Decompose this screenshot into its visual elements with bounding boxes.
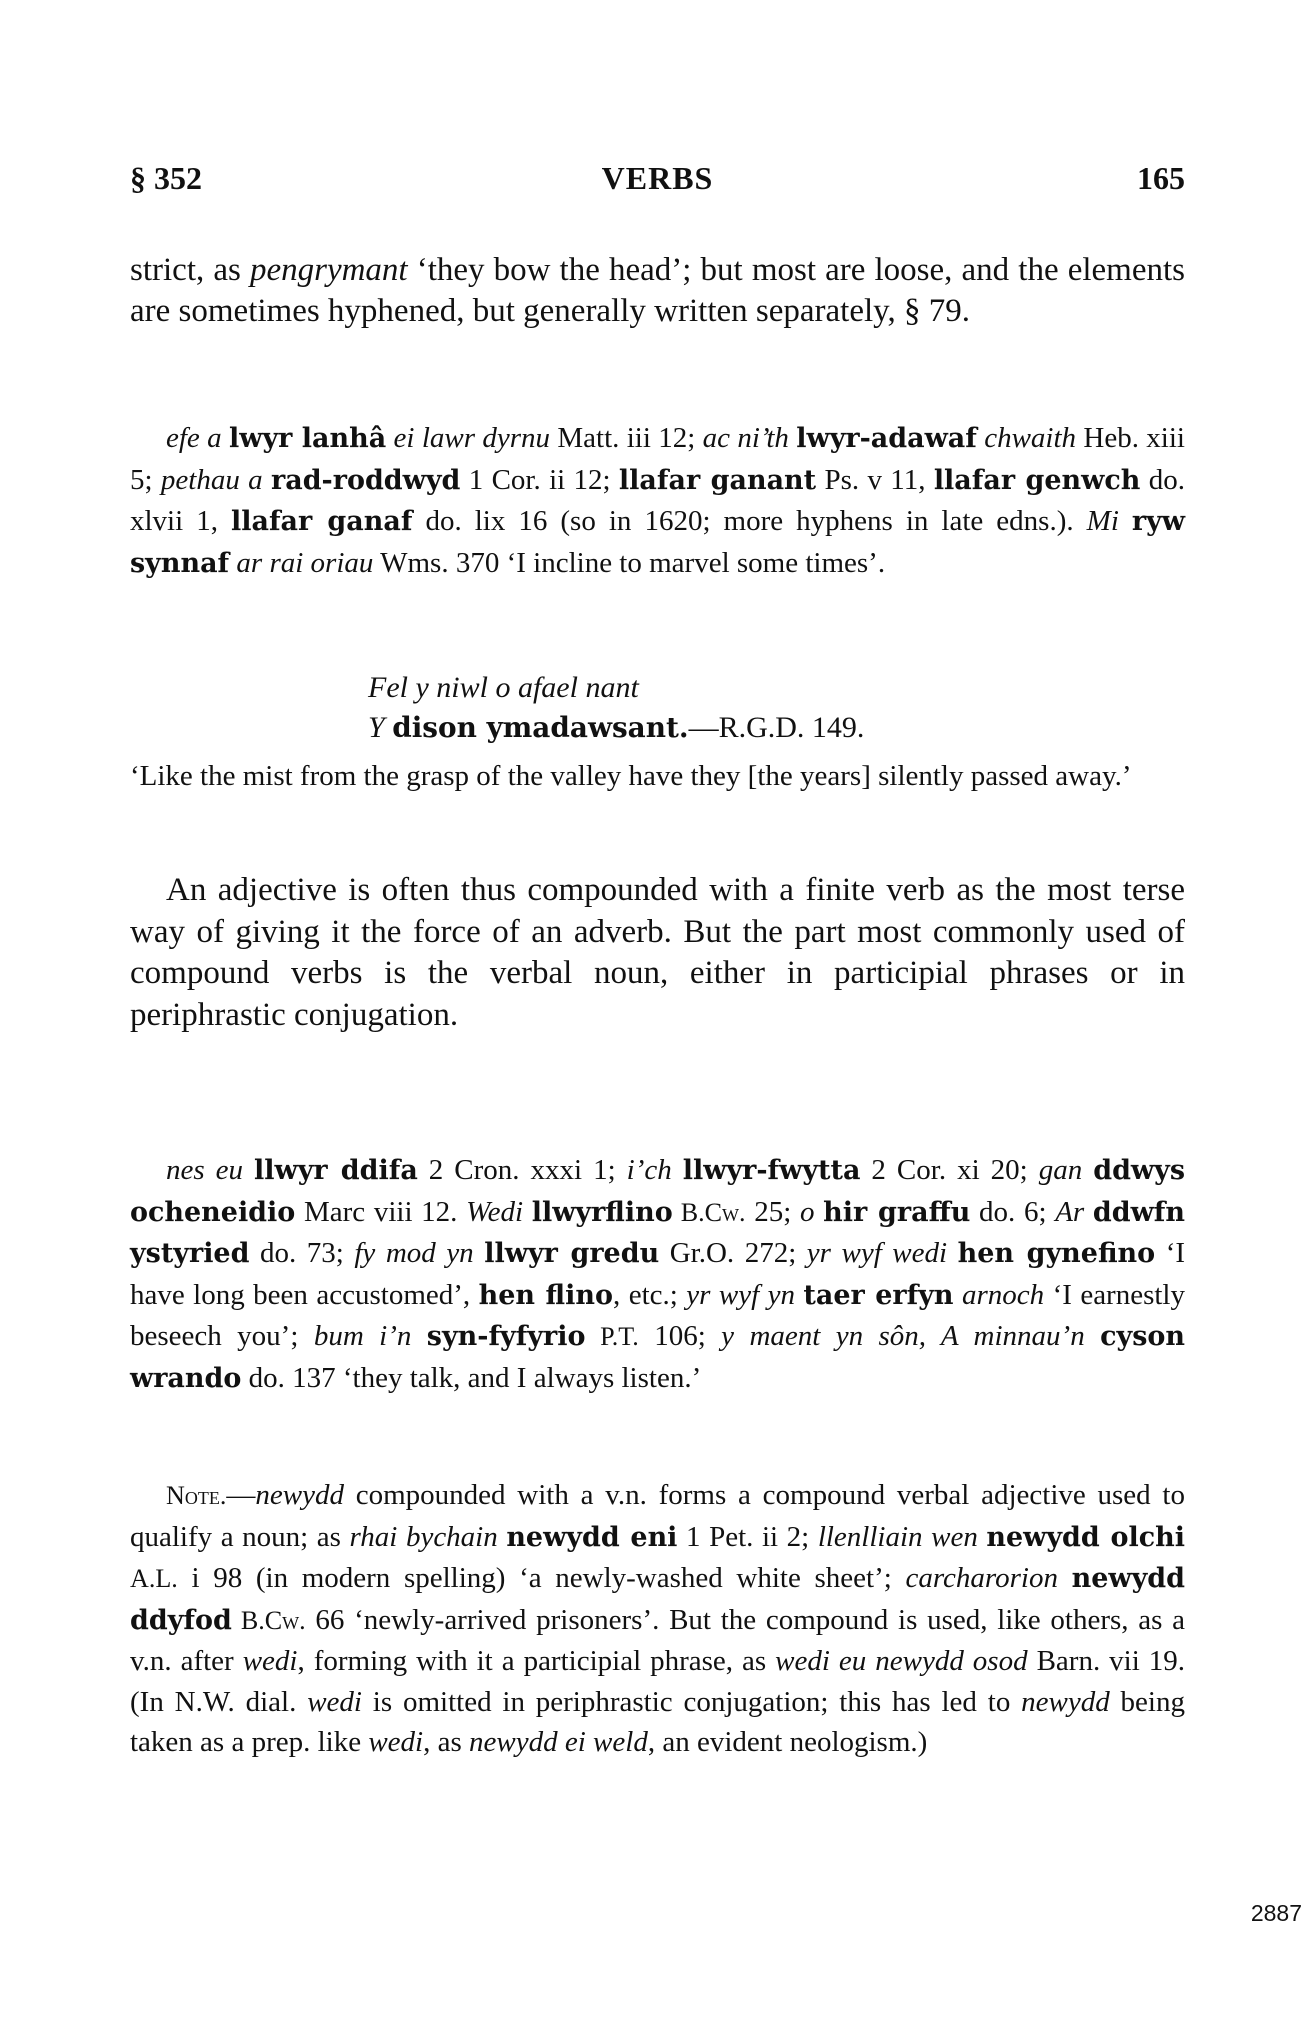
text-run: , an evident neologism.) — [648, 1726, 927, 1758]
bold-term: syn-fyfyrio — [427, 1321, 586, 1352]
bold-term: newydd eni — [506, 1522, 677, 1553]
bold-term: llwyr ddifa — [254, 1155, 418, 1186]
text-run: Marc viii 12. — [295, 1196, 466, 1228]
bold-term: llafar genwch — [934, 465, 1141, 496]
small-caps-abbrev: A.L. — [130, 1564, 178, 1593]
italic-term: ei lawr dyrnu — [386, 422, 550, 454]
italic-term: wedi — [243, 1645, 298, 1677]
italic-term: Wedi — [466, 1196, 532, 1228]
translation-text: ‘Like the mist from the grasp of the val… — [130, 756, 1185, 797]
verse-line-2: Y dison ymadawsant.—R.G.D. 149. — [130, 708, 1185, 748]
bold-term: taer erfyn — [803, 1280, 953, 1311]
text-run: i 98 (in modern spelling) ‘a newly-washe… — [178, 1562, 906, 1594]
text-run: 1 Pet. ii 2; — [677, 1521, 817, 1553]
text-run: 1 Cor. ii 12; — [460, 464, 619, 496]
bold-term: hir graffu — [823, 1197, 970, 1228]
italic-term: ac ni’th — [703, 422, 797, 454]
italic-term: fy mod yn — [354, 1237, 484, 1269]
bold-term: rad-roddwyd — [271, 465, 460, 496]
examples-block-2: nes eu llwyr ddifa 2 Cron. xxxi 1; i’ch … — [130, 1150, 1185, 1399]
italic-term: wedi — [368, 1726, 423, 1758]
text-run: , etc.; — [613, 1279, 686, 1311]
note-text: Note.—newydd compounded with a v.n. form… — [130, 1475, 1185, 1763]
text-run: strict, as — [130, 252, 250, 288]
italic-term: newydd ei weld — [469, 1726, 648, 1758]
text-run: Wms. 370 ‘I incline to marvel some times… — [373, 547, 885, 579]
bold-term: lwyr lanhâ — [229, 423, 386, 454]
italic-term: pengrymant — [250, 252, 408, 288]
text-run: do. 6; — [970, 1196, 1055, 1228]
italic-term: i’ch — [627, 1154, 683, 1186]
text-run: do. lix 16 (so in 1620; more hyphens in … — [412, 505, 1086, 537]
text-run: Ps. v 11, — [816, 464, 934, 496]
text-run: 106; — [639, 1320, 721, 1352]
italic-term: Mi — [1087, 505, 1132, 537]
paragraph-text: An adjective is often thus compounded wi… — [130, 870, 1185, 1036]
text-run: , forming with it a participial phrase, … — [297, 1645, 775, 1677]
italic-term: nes eu — [166, 1154, 254, 1186]
text-run: 2 Cor. xi 20; — [860, 1154, 1038, 1186]
italic-term: gan — [1039, 1154, 1094, 1186]
scan-number: 2887 — [1251, 1900, 1302, 1927]
text-run: Y — [368, 711, 392, 744]
verse-translation: ‘Like the mist from the grasp of the val… — [130, 756, 1185, 797]
small-caps-abbrev: B.Cw. — [232, 1606, 306, 1635]
page-title: VERBS — [130, 160, 1185, 197]
bold-term: llwyr gredu — [484, 1238, 659, 1269]
small-caps-abbrev: P.T. — [585, 1322, 638, 1351]
bold-term: llafar ganant — [619, 465, 816, 496]
bold-term: llwyrflino — [532, 1197, 673, 1228]
examples-text: nes eu llwyr ddifa 2 Cron. xxxi 1; i’ch … — [130, 1150, 1185, 1399]
text-run: 2 Cron. xxxi 1; — [418, 1154, 627, 1186]
italic-term: Ar — [1055, 1196, 1093, 1228]
paragraph-continuation: strict, as pengrymant ‘they bow the head… — [130, 250, 1185, 332]
italic-term: bum i’n — [314, 1320, 427, 1352]
italic-term: yr wyf wedi — [807, 1237, 958, 1269]
italic-term: wedi eu newydd osod — [775, 1645, 1027, 1677]
text-run: do. 73; — [249, 1237, 354, 1269]
verse-line-1: Fel y niwl o afael nant — [130, 668, 1185, 708]
examples-text: efe a lwyr lanhâ ei lawr dyrnu Matt. iii… — [130, 418, 1185, 584]
italic-term: arnoch — [954, 1279, 1045, 1311]
bold-term: newydd olchi — [986, 1522, 1185, 1553]
italic-term: pethau a — [161, 464, 271, 496]
italic-term: ar rai oriau — [229, 547, 373, 579]
italic-term: newydd — [255, 1479, 344, 1511]
bold-term: hen gynefino — [958, 1238, 1156, 1269]
italic-term: newydd — [1021, 1686, 1110, 1718]
text-run: Matt. iii 12; — [550, 422, 703, 454]
note-block: Note.—newydd compounded with a v.n. form… — [130, 1475, 1185, 1763]
text-run: 25; — [746, 1196, 800, 1228]
running-header: § 352 VERBS 165 — [130, 160, 1185, 204]
bold-term: dison ymadawsant. — [392, 711, 688, 744]
italic-term: chwaith — [977, 422, 1076, 454]
paragraph-adjective-compounds: An adjective is often thus compounded wi… — [130, 870, 1185, 1036]
italic-term: efe a — [166, 422, 229, 454]
italic-term: o — [800, 1196, 823, 1228]
small-caps-abbrev: B.Cw. — [673, 1198, 746, 1227]
bold-term: llwyr-fwytta — [683, 1155, 861, 1186]
bold-term: lwyr-adawaf — [796, 423, 977, 454]
examples-block-1: efe a lwyr lanhâ ei lawr dyrnu Matt. iii… — [130, 418, 1185, 584]
italic-term: llenlliain wen — [818, 1521, 987, 1553]
text-run: is omitted in periphrastic conjugation; … — [362, 1686, 1021, 1718]
italic-term: carcharorion — [905, 1562, 1071, 1594]
page-number: 165 — [1137, 160, 1185, 197]
bold-term: llafar ganaf — [231, 506, 412, 537]
bold-term: hen flino — [479, 1280, 613, 1311]
text-run: — — [226, 1479, 255, 1511]
text-run: do. 137 ‘they talk, and I always listen.… — [241, 1362, 701, 1394]
italic-term: rhai bychain — [350, 1521, 507, 1553]
small-caps-abbrev: Note. — [166, 1481, 226, 1510]
italic-term: yr wyf yn — [686, 1279, 803, 1311]
italic-term: wedi — [307, 1686, 362, 1718]
text-run: , as — [423, 1726, 469, 1758]
italic-term: y maent yn sôn, A minnau’n — [721, 1320, 1100, 1352]
citation: —R.G.D. 149. — [689, 711, 865, 744]
text-run: Gr.O. 272; — [659, 1237, 807, 1269]
paragraph-text: strict, as pengrymant ‘they bow the head… — [130, 250, 1185, 332]
verse-quotation: Fel y niwl o afael nant Y dison ymadawsa… — [130, 668, 1185, 748]
